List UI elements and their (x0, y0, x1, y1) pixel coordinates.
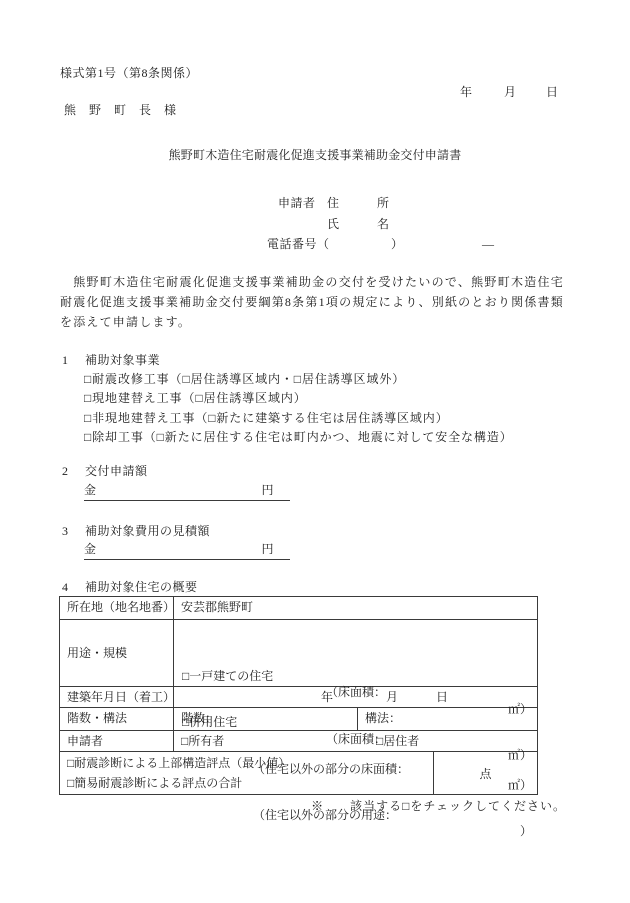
estimate-amount-field: 金 円 (84, 542, 290, 560)
table-row-applicant-type: 申請者 □所有者 □居住者 (60, 730, 537, 751)
amount-suffix: 円 (261, 542, 274, 557)
checkbox-item-demolition: □除却工事（□新たに居住する住宅は町内かつ、地震に対して安全な構造） (84, 428, 513, 447)
phone-close-paren: ） (391, 237, 404, 251)
checkbox-item-seismic-retrofit: □耐震改修工事（□居住誘導区域内・□居住誘導区域外） (84, 370, 513, 389)
grant-amount-field: 金 円 (84, 483, 290, 501)
usage-label-cell: 用途・規模 (60, 620, 174, 686)
section-3-title: 補助対象費用の見積額 (85, 524, 210, 538)
location-value-cell: 安芸郡熊野町 (174, 597, 537, 619)
table-row-build-date: 建築年月日（着工） 年 月 日 (60, 686, 537, 707)
build-date-label-cell: 建築年月日（着工） (60, 687, 174, 707)
resident-checkbox-label: □居住者 (376, 734, 419, 749)
footer-note: ※ 該当する□をチェックしてください。 (311, 797, 566, 814)
build-date-month-label: 月 (386, 690, 398, 705)
housing-overview-table: 所在地（地名地番） 安芸郡熊野町 用途・規模 □一戸建ての住宅 （床面積： ㎡）… (59, 596, 538, 795)
usage-line-detached: □一戸建ての住宅 （床面積： ㎡） (174, 652, 537, 668)
close-paren: ） (520, 823, 532, 839)
nonresidential-area-label: （住宅以外の部分の床面積： (253, 761, 409, 777)
amount-prefix: 金 (84, 483, 97, 498)
form-number: 様式第1号（第8条関係） (60, 66, 198, 80)
floors-structure-label-cell: 階数・構法 (60, 708, 174, 730)
section-2-number: 2 (62, 464, 69, 478)
date-month-label: 月 (504, 85, 517, 99)
section-1-number: 1 (62, 353, 69, 367)
build-date-value-cell: 年 月 日 (174, 687, 537, 707)
applicant-type-value-cell: □所有者 □居住者 (174, 731, 537, 751)
phone-label: 電話番号（ (267, 237, 330, 251)
intro-paragraph: 熊野町木造住宅耐震化促進支援事業補助金の交付を受けたいので、熊野町木造住宅耐震化… (60, 272, 564, 332)
date-day-label: 日 (546, 85, 559, 99)
build-date-day-label: 日 (436, 690, 448, 705)
phone-dash: ― (482, 237, 495, 251)
applicant-type-label-cell: 申請者 (60, 731, 174, 751)
section-4-title: 補助対象住宅の概要 (85, 580, 198, 594)
applicant-name-label: 氏 名 (327, 217, 390, 231)
location-label-cell: 所在地（地名地番） (60, 597, 174, 619)
amount-prefix: 金 (84, 542, 97, 557)
section-1-title: 補助対象事業 (85, 353, 160, 367)
section-2-title: 交付申請額 (85, 464, 148, 478)
applicant-address-label: 住 所 (327, 196, 390, 210)
table-row-location: 所在地（地名地番） 安芸郡熊野町 (60, 597, 537, 619)
usage-value-cell: □一戸建ての住宅 （床面積： ㎡） □併用住宅 （床面積： ㎡） （住宅以外の部… (174, 620, 537, 686)
owner-checkbox-label: □所有者 (181, 734, 224, 749)
addressee: 熊 野 町 長 様 (64, 103, 177, 117)
application-form-page: 様式第1号（第8条関係） 年 月 日 熊 野 町 長 様 熊野町木造住宅耐震化促… (0, 0, 630, 903)
checkbox-item-onsite-rebuild: □現地建替え工事（□居住誘導区域内） (84, 389, 513, 408)
applicant-label: 申請者 (278, 196, 316, 210)
build-date-year-label: 年 (321, 690, 333, 705)
table-row-usage: 用途・規模 □一戸建ての住宅 （床面積： ㎡） □併用住宅 （床面積： ㎡） （… (60, 619, 537, 686)
checkbox-item-offsite-rebuild: □非現地建替え工事（□新たに建築する住宅は居住誘導区域内） (84, 409, 513, 428)
amount-suffix: 円 (261, 483, 274, 498)
date-year-label: 年 (460, 85, 473, 99)
detached-house-checkbox-label: □一戸建ての住宅 (182, 668, 273, 684)
project-checkbox-list: □耐震改修工事（□居住誘導区域内・□居住誘導区域外） □現地建替え工事（□居住誘… (84, 370, 513, 448)
section-3-number: 3 (62, 524, 69, 538)
form-title: 熊野町木造住宅耐震化促進支援事業補助金交付申請書 (0, 146, 630, 163)
section-4-number: 4 (62, 580, 69, 594)
